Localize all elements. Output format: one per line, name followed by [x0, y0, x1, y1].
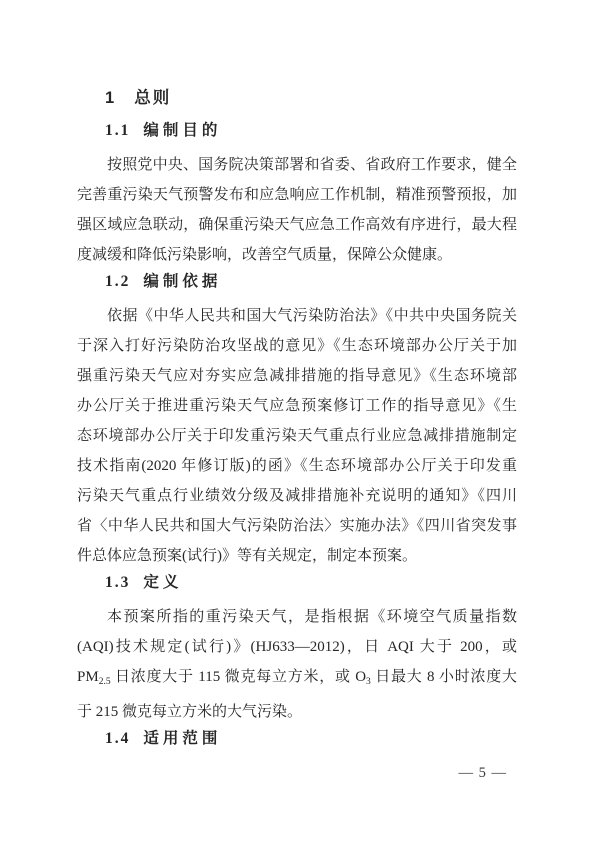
text-line: 件总体应急预案(试行)》等有关规定，制定本预案。	[77, 541, 517, 571]
text-line: 完善重污染天气预警发布和应急响应工作机制，精准预警预报，加	[77, 180, 517, 210]
section-title: 定义	[143, 574, 182, 591]
section-number: 1.3	[105, 574, 130, 591]
text-line: 强区域应急联动，确保重污染天气应急工作高效有序进行，最大程	[77, 210, 517, 240]
section-title: 编制依据	[143, 273, 221, 290]
text-line: 办公厅关于推进重污染天气应急预案修订工作的指导意见》《生	[77, 391, 517, 421]
chapter-heading: 1总则	[105, 87, 517, 109]
section-heading-scope: 1.4适用范围	[105, 729, 517, 749]
section-heading-definition: 1.3定义	[105, 573, 517, 593]
text-line: 污染天气重点行业绩效分级及减排措施补充说明的通知》《四川	[77, 481, 517, 511]
text-line: (AQI)技术规定(试行)》(HJ633—2012)，日 AQI 大于 200，…	[77, 632, 517, 662]
text-line: 技术指南(2020 年修订版)的函》《生态环境部办公厅关于印发重	[77, 451, 517, 481]
text-line: 态环境部办公厅关于印发重污染天气重点行业应急减排措施制定	[77, 421, 517, 451]
section-heading-purpose: 1.1编制目的	[105, 121, 517, 141]
section-number: 1.2	[105, 273, 130, 290]
document-page: 1总则 1.1编制目的 按照党中央、国务院决策部署和省委、省政府工作要求，健全完…	[0, 0, 600, 848]
paragraph-basis: 依据《中华人民共和国大气污染防治法》《中共中央国务院关于深入打好污染防治攻坚战的…	[77, 301, 517, 571]
page-content: 1总则 1.1编制目的 按照党中央、国务院决策部署和省委、省政府工作要求，健全完…	[77, 87, 517, 781]
text-line: 依据《中华人民共和国大气污染防治法》《中共中央国务院关	[77, 301, 517, 331]
page-number: — 5 —	[77, 765, 517, 781]
text-line: 于 215 微克每立方米的大气污染。	[77, 697, 517, 727]
chapter-number: 1	[105, 89, 114, 107]
text-line: 度减缓和降低污染影响，改善空气质量，保障公众健康。	[77, 240, 517, 270]
text-line: 本预案所指的重污染天气，是指根据《环境空气质量指数	[77, 602, 517, 632]
section-number: 1.1	[105, 122, 130, 139]
section-title: 编制目的	[143, 122, 221, 139]
text-line: 按照党中央、国务院决策部署和省委、省政府工作要求，健全	[77, 150, 517, 180]
section-number: 1.4	[105, 730, 130, 747]
text-line: PM2.5 日浓度大于 115 微克每立方米，或 O3 日最大 8 小时浓度大	[77, 662, 517, 697]
chapter-title: 总则	[134, 89, 171, 107]
paragraph-definition: 本预案所指的重污染天气，是指根据《环境空气质量指数(AQI)技术规定(试行)》(…	[77, 602, 517, 727]
text-line: 强重污染天气应对夯实应急减排措施的指导意见》《生态环境部	[77, 361, 517, 391]
section-title: 适用范围	[143, 730, 221, 747]
text-line: 于深入打好污染防治攻坚战的意见》《生态环境部办公厅关于加	[77, 331, 517, 361]
section-heading-basis: 1.2编制依据	[105, 272, 517, 292]
text-line: 省〈中华人民共和国大气污染防治法〉实施办法》《四川省突发事	[77, 511, 517, 541]
paragraph-purpose: 按照党中央、国务院决策部署和省委、省政府工作要求，健全完善重污染天气预警发布和应…	[77, 150, 517, 270]
